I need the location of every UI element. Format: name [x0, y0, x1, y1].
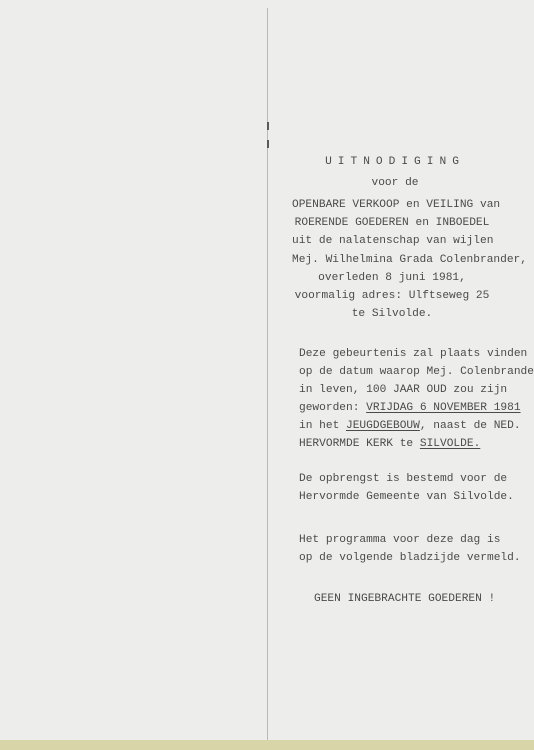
heading-line: voormalig adres: Ulftseweg 25: [292, 287, 492, 305]
event-town: SILVOLDE.: [420, 438, 480, 450]
heading-line: overleden 8 juni 1981,: [292, 269, 492, 287]
text: HERVORMDE KERK te: [299, 438, 420, 450]
text: in het: [299, 420, 346, 432]
event-date: VRIJDAG 6 NOVEMBER 1981: [366, 402, 520, 414]
staple-mark: [267, 122, 269, 130]
paragraph-line: op de volgende bladzijde vermeld.: [299, 549, 521, 567]
subtitle: voor de: [300, 174, 490, 192]
paragraph-line: Hervormde Gemeente van Silvolde.: [299, 488, 514, 506]
heading-line: OPENBARE VERKOOP en VEILING van: [292, 196, 492, 214]
page-fold-line: [267, 8, 268, 740]
heading-line: Mej. Wilhelmina Grada Colenbrander,: [292, 251, 492, 269]
paragraph-line: Het programma voor deze dag is: [299, 531, 500, 549]
heading-line: uit de nalatenschap van wijlen: [292, 232, 492, 250]
paragraph-line: in het JEUGDGEBOUW, naast de NED.: [299, 417, 521, 435]
document-page: UITNODIGING voor de OPENBARE VERKOOP en …: [0, 0, 534, 740]
heading-line: ROERENDE GOEDEREN en INBOEDEL: [292, 214, 492, 232]
text: , naast de NED.: [420, 420, 521, 432]
paragraph-line: geworden: VRIJDAG 6 NOVEMBER 1981: [299, 399, 521, 417]
heading-line: te Silvolde.: [292, 305, 492, 323]
scan-border: [0, 740, 534, 750]
paragraph-line: op de datum waarop Mej. Colenbrander: [299, 363, 534, 381]
paragraph-line: De opbrengst is bestemd voor de: [299, 470, 507, 488]
text: geworden:: [299, 402, 366, 414]
title: UITNODIGING: [300, 153, 490, 171]
paragraph-line: Deze gebeurtenis zal plaats vinden: [299, 345, 527, 363]
closing-note: GEEN INGEBRACHTE GOEDEREN !: [314, 590, 495, 608]
paragraph-line: in leven, 100 JAAR OUD zou zijn: [299, 381, 507, 399]
event-venue: JEUGDGEBOUW: [346, 420, 420, 432]
paragraph-line: HERVORMDE KERK te SILVOLDE.: [299, 435, 480, 453]
staple-mark: [267, 140, 269, 148]
